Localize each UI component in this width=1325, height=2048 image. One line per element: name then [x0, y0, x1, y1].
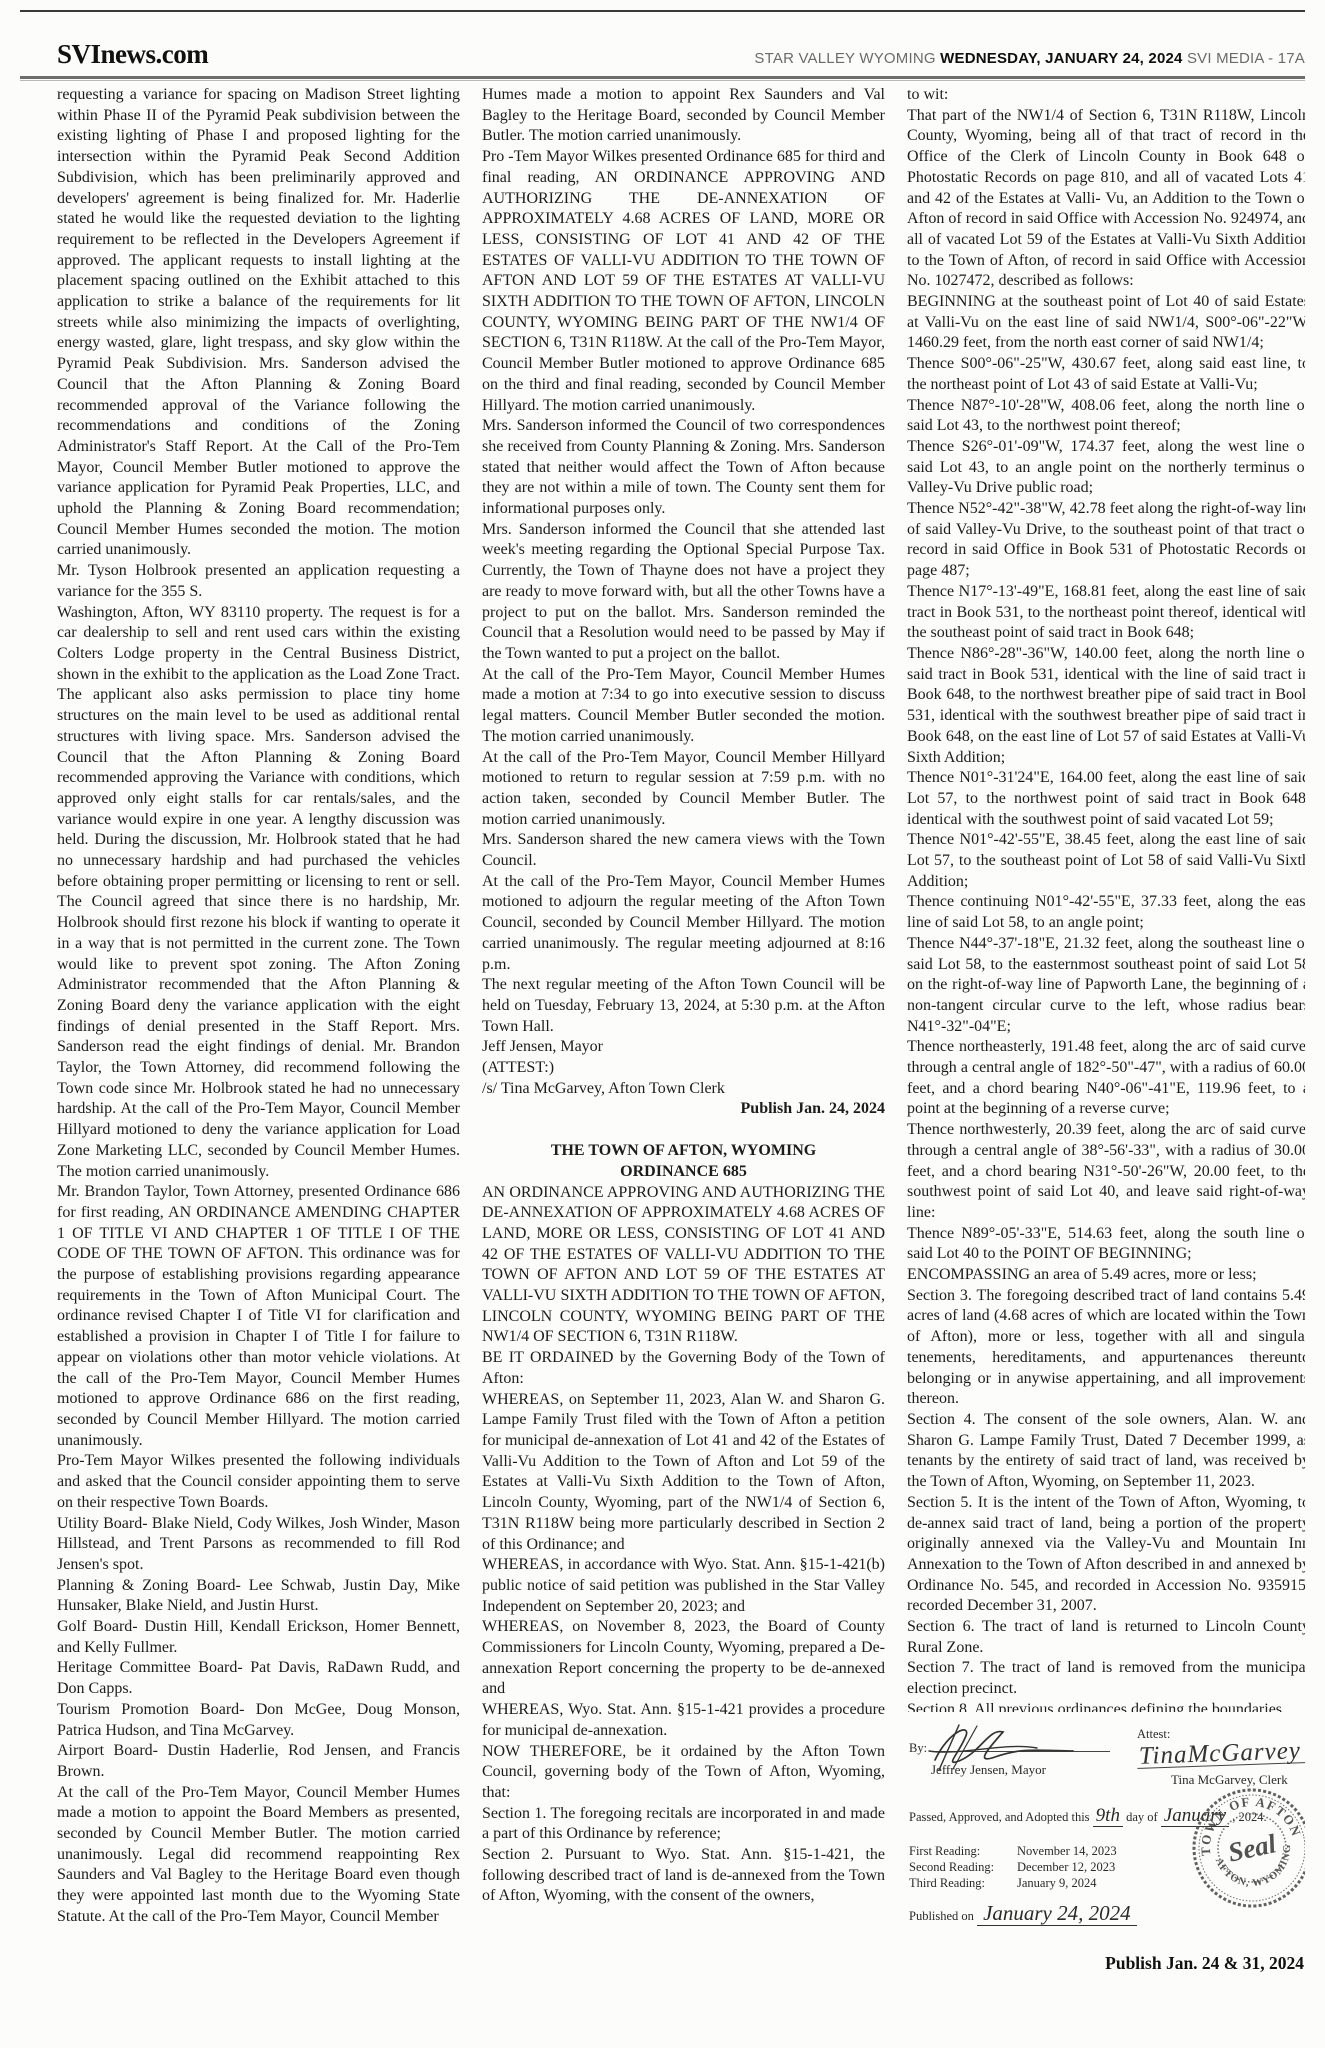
page-top-rule: [20, 10, 1305, 12]
paragraph: At the call of the Pro-Tem Mayor, Counci…: [57, 1783, 460, 1928]
third-reading-label: Third Reading:: [909, 1875, 1017, 1891]
column-3: to wit:That part of the NW1/4 of Section…: [907, 85, 1305, 2035]
paragraph: Thence N86°-28"-36"W, 140.00 feet, along…: [907, 644, 1305, 768]
paragraph: BEGINNING at the southeast point of Lot …: [907, 292, 1305, 354]
paragraph: Tourism Promotion Board- Don McGee, Doug…: [57, 1700, 460, 1741]
paragraph: Thence N44°-37'-18"E, 21.32 feet, along …: [907, 934, 1305, 1038]
paragraph: Mrs. Sanderson informed the Council that…: [482, 520, 885, 665]
paragraph: Mr. Brandon Taylor, Town Attorney, prese…: [57, 1182, 460, 1451]
paragraph: Thence N89°-05'-33"E, 514.63 feet, along…: [907, 1224, 1305, 1265]
paragraph: Section 3. The foregoing described tract…: [907, 1286, 1305, 1410]
attest-label: Attest:: [1137, 1727, 1170, 1741]
paragraph: Pro-Tem Mayor Wilkes presented the follo…: [57, 1451, 460, 1513]
column-3-text: to wit:That part of the NW1/4 of Section…: [907, 85, 1305, 1721]
paragraph: At the call of the Pro-Tem Mayor, Counci…: [482, 748, 885, 831]
paragraph: Thence N01°-31'24"E, 164.00 feet, along …: [907, 768, 1305, 830]
paragraph: NOW THEREFORE, be it ordained by the Aft…: [482, 1742, 885, 1804]
paragraph: /s/ Tina McGarvey, Afton Town Clerk: [482, 1079, 885, 1100]
third-reading-date: January 9, 2024: [1017, 1875, 1097, 1891]
masthead-location: STAR VALLEY WYOMING: [754, 50, 940, 67]
paragraph: Planning & Zoning Board- Lee Schwab, Jus…: [57, 1576, 460, 1617]
first-reading-label: First Reading:: [909, 1843, 1017, 1859]
site-logo: SVInews.com: [57, 39, 208, 70]
paragraph: BE IT ORDAINED by the Governing Body of …: [482, 1348, 885, 1389]
paragraph: Thence continuing N01°-42'-55"E, 37.33 f…: [907, 892, 1305, 933]
first-reading-date: November 14, 2023: [1017, 1843, 1117, 1859]
published-on-handwritten: January 24, 2024: [977, 1901, 1137, 1926]
paragraph: ENCOMPASSING an area of 5.49 acres, more…: [907, 1265, 1305, 1286]
paragraph: to wit:: [907, 85, 1305, 106]
paragraph: Mrs. Sanderson informed the Council of t…: [482, 416, 885, 520]
paragraph: Thence northwesterly, 20.39 feet, along …: [907, 1120, 1305, 1224]
newspaper-page: { "header": { "site": "SVInews.com", "lo…: [0, 0, 1325, 2048]
paragraph: Thence northeasterly, 191.48 feet, along…: [907, 1037, 1305, 1120]
signature-scan-block: By: Jeffrey Jensen, Mayor Attest: TinaMc…: [907, 1712, 1305, 2012]
paragraph: At the call of the Pro-Tem Mayor, Counci…: [482, 665, 885, 748]
paragraph: Section 2. Pursuant to Wyo. Stat. Ann. §…: [482, 1845, 885, 1907]
paragraph: Utility Board- Blake Nield, Cody Wilkes,…: [57, 1514, 460, 1576]
paragraph: Mrs. Sanderson shared the new camera vie…: [482, 830, 885, 871]
paragraph: Thence N52°-42"-38"W, 42.78 feet along t…: [907, 499, 1305, 582]
readings-table: First Reading: November 14, 2023 Second …: [909, 1843, 1139, 1891]
masthead-date: WEDNESDAY, JANUARY 24, 2024: [940, 50, 1182, 67]
town-seal-icon: TOWN OF AFTON AFTON, WYOMING Seal: [1178, 1774, 1305, 1921]
paragraph: Thence N17°-13'-49"E, 168.81 feet, along…: [907, 582, 1305, 644]
first-reading-row: First Reading: November 14, 2023: [909, 1843, 1139, 1859]
paragraph: That part of the NW1/4 of Section 6, T31…: [907, 106, 1305, 292]
paragraph: Thence N87°-10'-28"W, 408.06 feet, along…: [907, 396, 1305, 437]
paragraph: WHEREAS, Wyo. Stat. Ann. §15-1-421 provi…: [482, 1700, 885, 1741]
column-2: Humes made a motion to appoint Rex Saund…: [482, 85, 885, 2035]
paragraph: Airport Board- Dustin Haderlie, Rod Jens…: [57, 1741, 460, 1782]
paragraph: WHEREAS, in accordance with Wyo. Stat. A…: [482, 1555, 885, 1617]
second-reading-row: Second Reading: December 12, 2023: [909, 1859, 1139, 1875]
masthead-dateline: STAR VALLEY WYOMING WEDNESDAY, JANUARY 2…: [754, 50, 1305, 70]
column-1: requesting a variance for spacing on Mad…: [57, 85, 460, 2035]
paragraph: Section 6. The tract of land is returned…: [907, 1617, 1305, 1658]
masthead-rule: [20, 76, 1305, 81]
paragraph: requesting a variance for spacing on Mad…: [57, 85, 460, 561]
paragraph: At the call of the Pro-Tem Mayor, Counci…: [482, 872, 885, 976]
paragraph: The next regular meeting of the Afton To…: [482, 975, 885, 1037]
paragraph: Golf Board- Dustin Hill, Kendall Erickso…: [57, 1617, 460, 1658]
paragraph: Section 7. The tract of land is removed …: [907, 1658, 1305, 1699]
paragraph: ORDINANCE 685: [482, 1162, 885, 1183]
paragraph: Thence S26°-01'-09"W, 174.37 feet, along…: [907, 437, 1305, 499]
paragraph: Thence S00°-06"-25"W, 430.67 feet, along…: [907, 354, 1305, 395]
paragraph: Section 5. It is the intent of the Town …: [907, 1493, 1305, 1617]
signature-row: By: Jeffrey Jensen, Mayor Attest: TinaMc…: [909, 1722, 1305, 1782]
paragraph: AN ORDINANCE APPROVING AND AUTHORIZING T…: [482, 1183, 885, 1349]
paragraph: Washington, Afton, WY 83110 property. Th…: [57, 603, 460, 1183]
paragraph: (ATTEST:): [482, 1058, 885, 1079]
paragraph: Pro -Tem Mayor Wilkes presented Ordinanc…: [482, 147, 885, 416]
paragraph: Thence N01°-42'-55"E, 38.45 feet, along …: [907, 830, 1305, 892]
paragraph: WHEREAS, on November 8, 2023, the Board …: [482, 1617, 885, 1700]
paragraph: Section 4. The consent of the sole owner…: [907, 1410, 1305, 1493]
paragraph: Section 1. The foregoing recitals are in…: [482, 1804, 885, 1845]
seal-center-text: Seal: [1225, 1828, 1279, 1867]
second-reading-date: December 12, 2023: [1017, 1859, 1115, 1875]
masthead: SVInews.com STAR VALLEY WYOMING WEDNESDA…: [57, 30, 1305, 70]
mayor-signature-area: By: Jeffrey Jensen, Mayor: [909, 1736, 1129, 1781]
third-reading-row: Third Reading: January 9, 2024: [909, 1875, 1139, 1891]
paragraph: Humes made a motion to appoint Rex Saund…: [482, 85, 885, 147]
paragraph: Mr. Tyson Holbrook presented an applicat…: [57, 561, 460, 602]
adoption-prefix: Passed, Approved, and Adopted this: [909, 1810, 1090, 1824]
paragraph: THE TOWN OF AFTON, WYOMING: [482, 1141, 885, 1162]
adoption-mid: day of: [1126, 1810, 1158, 1824]
mayor-signature-icon: [925, 1720, 1085, 1772]
clerk-signature-script: TinaMcGarvey: [1137, 1741, 1305, 1769]
paragraph: WHEREAS, on September 11, 2023, Alan W. …: [482, 1390, 885, 1556]
paragraph: Publish Jan. 24, 2024: [482, 1099, 885, 1120]
article-columns: requesting a variance for spacing on Mad…: [57, 85, 1305, 2035]
published-on-label: Published on: [909, 1909, 974, 1923]
paragraph: Jeff Jensen, Mayor: [482, 1037, 885, 1058]
publish-dates-line: Publish Jan. 24 & 31, 2024: [909, 1953, 1305, 1974]
adoption-day-handwritten: 9th: [1093, 1805, 1123, 1827]
paragraph: Heritage Committee Board- Pat Davis, RaD…: [57, 1658, 460, 1699]
second-reading-label: Second Reading:: [909, 1859, 1017, 1875]
masthead-edition: SVI MEDIA - 17A: [1183, 50, 1305, 67]
